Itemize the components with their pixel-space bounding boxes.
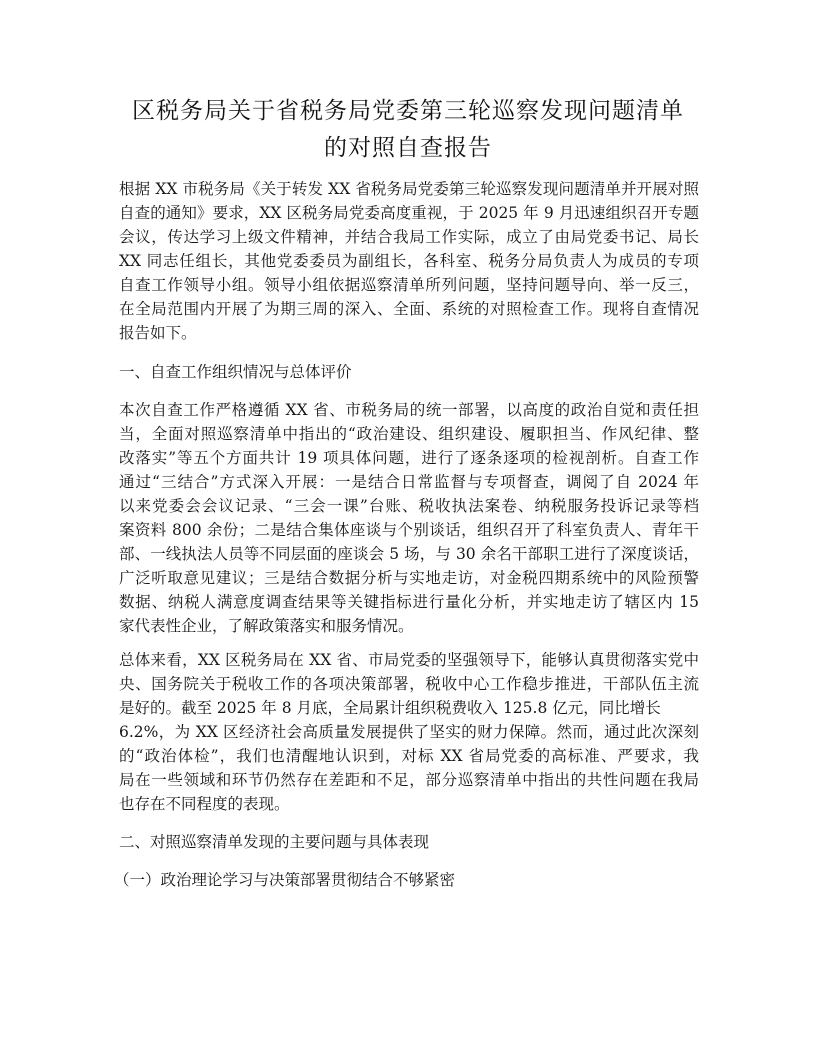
paragraph-line: 广泛听取意见建议；三是结合数据分析与实地走访，对金税四期系统中的风险预警 — [119, 566, 699, 590]
paragraph-line: 央、国务院关于税收工作的各项决策部署，税收中心工作稳步推进，干部队伍主流 — [119, 672, 699, 696]
paragraph-line: 部、一线执法人员等不同层面的座谈会 5 场，与 30 余名干部职工进行了深度谈话… — [119, 542, 699, 566]
paragraph-line: 报告如下。 — [119, 321, 699, 345]
paragraph-line: 家代表性企业，了解政策落实和服务情况。 — [119, 614, 699, 638]
paragraph-line: 会议，传达学习上级文件精神，并结合我局工作实际，成立了由局党委书记、局长 — [119, 225, 699, 249]
document-title-line-1: 区税务局关于省税务局党委第三轮巡察发现问题清单 — [0, 93, 816, 129]
section-1-paragraph-2: 总体来看，XX 区税务局在 XX 省、市局党委的坚强领导下，能够认真贯彻落实党中… — [119, 648, 699, 816]
section-1-paragraph-1: 本次自查工作严格遵循 XX 省、市税务局的统一部署，以高度的政治自觉和责任担 当… — [119, 398, 699, 638]
document-page: 区税务局关于省税务局党委第三轮巡察发现问题清单 的对照自查报告 根据 XX 市税… — [0, 0, 816, 1056]
paragraph-line: 改落实”等五个方面共计 19 项具体问题，进行了逐条逐项的检视剖析。自查工作 — [119, 446, 699, 470]
paragraph-line: 是好的。截至 2025 年 8 月底，全局累计组织税费收入 125.8 亿元，同… — [119, 696, 699, 720]
paragraph-line: 总体来看，XX 区税务局在 XX 省、市局党委的坚强领导下，能够认真贯彻落实党中 — [119, 648, 699, 672]
paragraph-line: 以来党委会会议记录、“三会一课”台账、税收执法案卷、纳税服务投诉记录等档 — [119, 494, 699, 518]
section-2-heading: 二、对照巡察清单发现的主要问题与具体表现 — [119, 830, 429, 854]
section-2-subheading-1: （一）政治理论学习与决策部署贯彻结合不够紧密 — [114, 868, 455, 892]
paragraph-line: 6.2%，为 XX 区经济社会高质量发展提供了坚实的财力保障。然而，通过此次深刻 — [119, 720, 699, 744]
document-title-line-2: 的对照自查报告 — [0, 130, 816, 166]
paragraph-line: 通过“三结合”方式深入开展：一是结合日常监督与专项督查，调阅了自 2024 年 — [119, 470, 699, 494]
paragraph-line: 局在一些领域和环节仍然存在差距和不足，部分巡察清单中指出的共性问题在我局 — [119, 768, 699, 792]
paragraph-line: 案资料 800 余份；二是结合集体座谈与个别谈话，组织召开了科室负责人、青年干 — [119, 518, 699, 542]
paragraph-line: 当，全面对照巡察清单中指出的“政治建设、组织建设、履职担当、作风纪律、整 — [119, 422, 699, 446]
paragraph-line: 自查的通知》要求，XX 区税务局党委高度重视，于 2025 年 9 月迅速组织召… — [119, 201, 699, 225]
paragraph-line: 的“政治体检”，我们也清醒地认识到，对标 XX 省局党委的高标准、严要求，我 — [119, 744, 699, 768]
paragraph-line: XX 同志任组长，其他党委委员为副组长，各科室、税务分局负责人为成员的专项 — [119, 249, 699, 273]
paragraph-line: 也存在不同程度的表现。 — [119, 792, 699, 816]
paragraph-line: 数据、纳税人满意度调查结果等关键指标进行量化分析，并实地走访了辖区内 15 — [119, 590, 699, 614]
paragraph-line: 本次自查工作严格遵循 XX 省、市税务局的统一部署，以高度的政治自觉和责任担 — [119, 398, 699, 422]
intro-paragraph: 根据 XX 市税务局《关于转发 XX 省税务局党委第三轮巡察发现问题清单并开展对… — [119, 177, 699, 345]
section-1-heading: 一、自查工作组织情况与总体评价 — [119, 360, 352, 384]
paragraph-line: 在全局范围内开展了为期三周的深入、全面、系统的对照检查工作。现将自查情况 — [119, 297, 699, 321]
paragraph-line: 自查工作领导小组。领导小组依据巡察清单所列问题，坚持问题导向、举一反三， — [119, 273, 699, 297]
paragraph-line: 根据 XX 市税务局《关于转发 XX 省税务局党委第三轮巡察发现问题清单并开展对… — [119, 177, 699, 201]
